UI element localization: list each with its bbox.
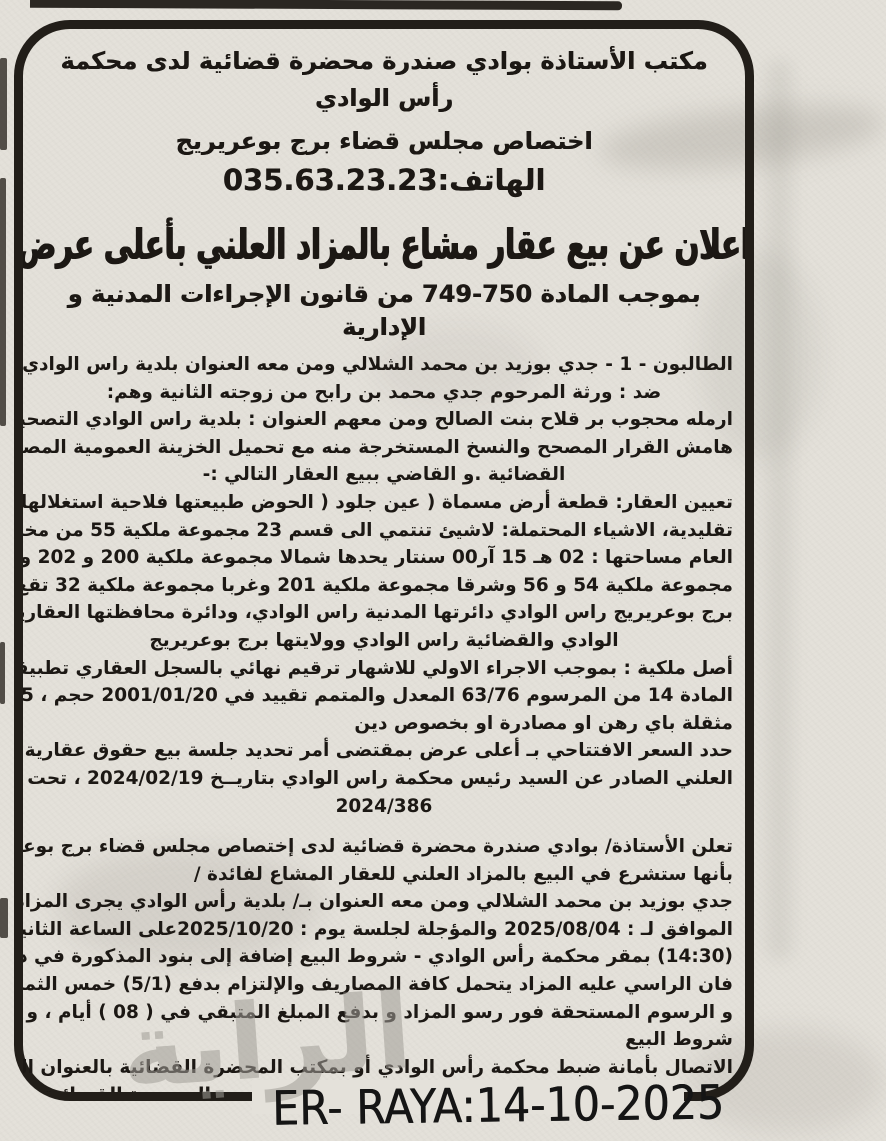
body-line: العام مساحتها : 02 هـ 15 آر00 سنتار يحده… bbox=[35, 544, 733, 572]
body-line: أصل ملكية : بموجب الاجراء الاولي للاشهار… bbox=[35, 655, 733, 683]
notice-title-text: اعلان عن بيع عقار مشاع بالمزاد العلني بأ… bbox=[23, 220, 745, 268]
body-line: العلني الصادر عن السيد رئيس محكمة راس ال… bbox=[35, 765, 733, 793]
body-line: مجموعة ملكية 54 و 56 وشرقا مجموعة ملكية … bbox=[35, 572, 733, 600]
body-line: تعيين العقار: قطعة أرض مسماة ( عين جلود … bbox=[35, 489, 733, 517]
body-line: شروط البيع bbox=[35, 1026, 733, 1054]
edge-column-rule bbox=[0, 642, 5, 704]
body-line: 2024/386 bbox=[35, 793, 733, 821]
phone-label: الهاتف: bbox=[437, 163, 545, 197]
office-jurisdiction: اختصاص مجلس قضاء برج بوعريريج bbox=[35, 123, 733, 160]
body-line: تقليدية، الاشياء المحتملة: لاشيئ تنتمي ا… bbox=[35, 517, 733, 545]
phone-line: الهاتف:035.63.23.23 bbox=[35, 160, 733, 200]
notice-title: اعلان عن بيع عقار مشاع بالمزاد العلني بأ… bbox=[35, 214, 733, 274]
phone-number: 035.63.23.23 bbox=[223, 163, 438, 197]
body-line: و الرسوم المستحقة فور رسو المزاد و بدفع … bbox=[35, 999, 733, 1027]
body-line: برج بوعريريج راس الوادي دائرتها المدنية … bbox=[35, 599, 733, 627]
body-line: الموافق لـ : 2025/08/04 والمؤجلة لجلسة ي… bbox=[35, 916, 733, 944]
body-line: ضد : ورثة المرحوم جدي محمد بن رابح من زو… bbox=[35, 379, 733, 407]
body-line: الوادي والقضائية راس الوادي وولايتها برج… bbox=[35, 627, 733, 655]
body-line: حدد السعر الافتتاحي بـ أعلى عرض بمقتضى أ… bbox=[35, 737, 733, 765]
publication-date: ER- RAYA:14-10-2025 bbox=[272, 1074, 725, 1136]
body-line: مثقلة باي رهن او مصادرة او بخصوص دين bbox=[35, 710, 733, 738]
notice-content: مكتب الأستاذة بوادي صندرة محضرة قضائية ل… bbox=[23, 29, 745, 1092]
body-line: بأنها ستشرع في البيع بالمزاد العلني للعق… bbox=[35, 861, 733, 889]
body-line: فان الراسي عليه المزاد يتحمل كافة المصار… bbox=[35, 971, 733, 999]
notice-subtitle: بموجب المادة 750-749 من قانون الإجراءات … bbox=[35, 278, 733, 344]
body-line: الطالبون - 1 - جدي بوزيد بن محمد الشلالي… bbox=[35, 351, 733, 379]
body-line: القضائية .و القاضي ببيع العقار التالي :- bbox=[35, 461, 733, 489]
edge-column-rule bbox=[0, 898, 8, 938]
body-line: المادة 14 من المرسوم 63/76 المعدل والمتم… bbox=[35, 682, 733, 710]
body-line: هامش القرار المصحح والنسخ المستخرجة منه … bbox=[35, 434, 733, 462]
top-rule-line bbox=[30, 0, 622, 10]
body-line: تعلن الأستاذة/ بوادي صندرة محضرة قضائية … bbox=[35, 833, 733, 861]
scan-smudge bbox=[766, 60, 792, 960]
edge-column-rule bbox=[0, 178, 6, 426]
body-line: ارمله محجوب بر قلاح بنت الصالح ومن معهم … bbox=[35, 406, 733, 434]
office-name: مكتب الأستاذة بوادي صندرة محضرة قضائية ل… bbox=[35, 43, 733, 117]
notice-body: الطالبون - 1 - جدي بوزيد بن محمد الشلالي… bbox=[35, 351, 733, 1081]
edge-column-rule bbox=[0, 58, 7, 150]
body-line: (14:30) بمقر محكمة رأس الوادي - شروط الب… bbox=[35, 943, 733, 971]
newspaper-page: مكتب الأستاذة بوادي صندرة محضرة قضائية ل… bbox=[0, 0, 886, 1141]
body-line: جدي بوزيد بن محمد الشلالي ومن معه العنوا… bbox=[35, 888, 733, 916]
notice-frame: مكتب الأستاذة بوادي صندرة محضرة قضائية ل… bbox=[14, 20, 754, 1101]
